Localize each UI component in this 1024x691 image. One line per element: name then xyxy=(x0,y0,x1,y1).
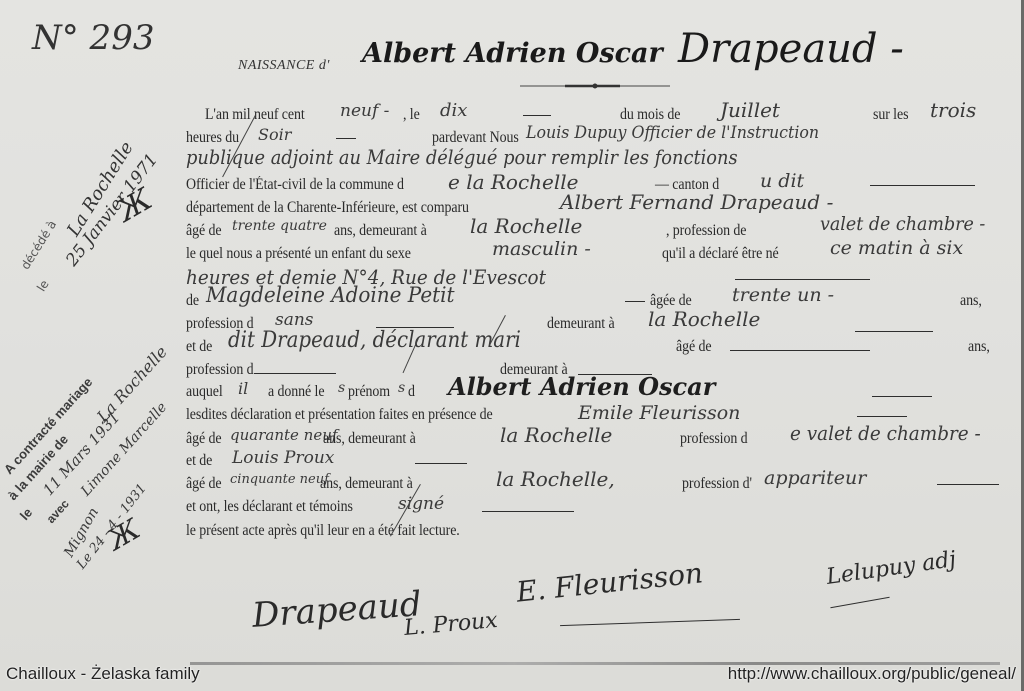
signature-officer: Lelupuy adj xyxy=(825,547,958,590)
hand-plural-s: s xyxy=(338,380,345,396)
hand-officer-role: publique adjoint au Maire délégué pour r… xyxy=(186,145,738,169)
text-mother-residence-prefix: demeurant à xyxy=(547,315,615,333)
text-witness2-residence-prefix: ans, demeurant à xyxy=(320,475,413,493)
hand-birth-time: ce matin à six xyxy=(830,237,963,259)
hand-mother-profession: sans xyxy=(275,310,314,330)
hand-commune: e la Rochelle xyxy=(448,170,579,194)
hand-witness2-name: Louis Proux xyxy=(232,448,334,468)
text-given-to-prefix: auquel xyxy=(186,383,223,401)
margin-death-le: le xyxy=(34,277,52,294)
signature-father: Drapeaud xyxy=(251,584,423,636)
fill-line xyxy=(482,511,574,512)
margin-death-label: décédé à xyxy=(18,218,59,272)
fill-line xyxy=(415,463,467,464)
text-hours-prefix: sur les xyxy=(873,106,908,124)
fill-line xyxy=(735,279,870,280)
text-years-suffix: ans, xyxy=(960,292,982,310)
fill-line xyxy=(872,396,932,397)
fill-line xyxy=(625,301,645,302)
text-forename-of: d xyxy=(408,383,415,401)
hand-declarant-name: Albert Fernand Drapeaud - xyxy=(560,190,833,214)
text-declarant-residence-prefix: ans, demeurant à xyxy=(334,222,427,240)
text-years-suffix-2: ans, xyxy=(968,338,990,356)
text-month-prefix: du mois de xyxy=(620,106,680,124)
stamp-marriage-avec: avec xyxy=(44,497,72,526)
fill-line xyxy=(336,138,356,139)
hand-hours: trois xyxy=(930,98,976,122)
fill-line xyxy=(730,350,870,351)
officer-flourish xyxy=(830,597,889,608)
hand-witness1-residence: la Rochelle xyxy=(500,423,612,447)
text-father-age-prefix: âgé de xyxy=(676,338,711,356)
record-number: N° 293 xyxy=(32,18,154,58)
hand-declarant-profession: valet de chambre - xyxy=(820,213,985,235)
hand-plural-s-2: s xyxy=(398,380,405,396)
birth-record-page: N° 293 NAISSANCE d' Albert Adrien Oscar … xyxy=(0,0,1024,691)
text-birth-place-prefix: qu'il a déclaré être né xyxy=(662,245,779,263)
text-witness1-age-prefix: âgé de xyxy=(186,430,221,448)
fill-line xyxy=(523,115,551,116)
text-day-prefix: , le xyxy=(403,106,420,124)
text-signature-prefix: et ont, les déclarant et témoins xyxy=(186,498,353,516)
hand-witness1-age: quarante neuf xyxy=(230,426,337,444)
record-type-label: NAISSANCE d' xyxy=(238,58,330,74)
hand-witness1-profession: e valet de chambre - xyxy=(790,421,981,445)
text-department-prefix: département de la Charente-Inférieure, e… xyxy=(186,199,469,217)
child-surname: Drapeaud - xyxy=(678,26,904,72)
hand-month: Juillet xyxy=(720,98,780,122)
hand-witness2-age: cinquante neuf xyxy=(230,472,329,487)
ornament-divider xyxy=(520,83,670,89)
text-witness1-residence-prefix: ans, demeurant à xyxy=(323,430,416,448)
text-witness2-age-prefix: âgé de xyxy=(186,475,221,493)
hand-witness1-name: Emile Fleurisson xyxy=(578,402,740,424)
hand-mother-age: trente un - xyxy=(732,284,834,306)
text-declarant-age-prefix: âgé de xyxy=(186,222,221,240)
child-given-names: Albert Adrien Oscar xyxy=(362,38,663,69)
hand-father-description: dit Drapeaud, déclarant mari xyxy=(228,328,521,353)
signature-flourish xyxy=(560,619,740,626)
text-father-prefix: et de xyxy=(186,338,212,356)
hand-sex: masculin - xyxy=(492,238,591,260)
hand-day: dix xyxy=(440,100,467,121)
stamp-marriage-le: le xyxy=(17,505,35,523)
text-witness2-prefix: et de xyxy=(186,452,212,470)
text-closing-statement: le présent acte après qu'il leur en a ét… xyxy=(186,522,460,540)
watermark-url[interactable]: http://www.chailloux.org/public/geneal/ xyxy=(728,664,1016,684)
hand-period: Soir xyxy=(258,125,291,144)
text-commune-prefix: Officier de l'État-civil de la commune d xyxy=(186,176,404,194)
text-witness2-profession-prefix: profession d' xyxy=(682,475,752,493)
fill-line xyxy=(937,484,999,485)
hand-canton: u dit xyxy=(760,170,804,192)
hand-pronoun: il xyxy=(238,379,248,398)
hand-year: neuf - xyxy=(340,101,389,121)
text-sex-prefix: le quel nous a présenté un enfant du sex… xyxy=(186,245,411,263)
hand-declarant-residence: la Rochelle xyxy=(470,214,582,238)
watermark-family: Chailloux - Żelaska family xyxy=(6,664,200,684)
hand-declarant-age: trente quatre xyxy=(232,218,327,234)
fill-line xyxy=(857,416,907,417)
text-mother-prefix: de xyxy=(186,292,199,310)
hand-witness2-profession: appariteur xyxy=(764,467,866,489)
fill-line xyxy=(855,331,933,332)
text-witness-prefix: lesdites déclaration et présentation fai… xyxy=(186,406,493,424)
text-forename-prefix: prénom xyxy=(348,383,390,401)
hand-witness2-residence: la Rochelle, xyxy=(496,467,615,491)
text-witness1-profession-prefix: profession d xyxy=(680,430,748,448)
signature-witness1: E. Fleurisson xyxy=(515,556,705,608)
text-gave-prefix: a donné le xyxy=(268,383,324,401)
fill-line xyxy=(870,185,975,186)
text-declarant-profession-prefix: , profession de xyxy=(666,222,746,240)
fill-line xyxy=(254,373,336,374)
hand-forenames: Albert Adrien Oscar xyxy=(448,372,715,401)
text-father-profession-prefix: profession d xyxy=(186,361,254,379)
hand-officer-name: Louis Dupuy Officier de l'Instruction xyxy=(526,123,819,143)
hand-mother-residence: la Rochelle xyxy=(648,307,760,331)
hand-mother-name: Magdeleine Adoine Petit xyxy=(206,283,455,307)
